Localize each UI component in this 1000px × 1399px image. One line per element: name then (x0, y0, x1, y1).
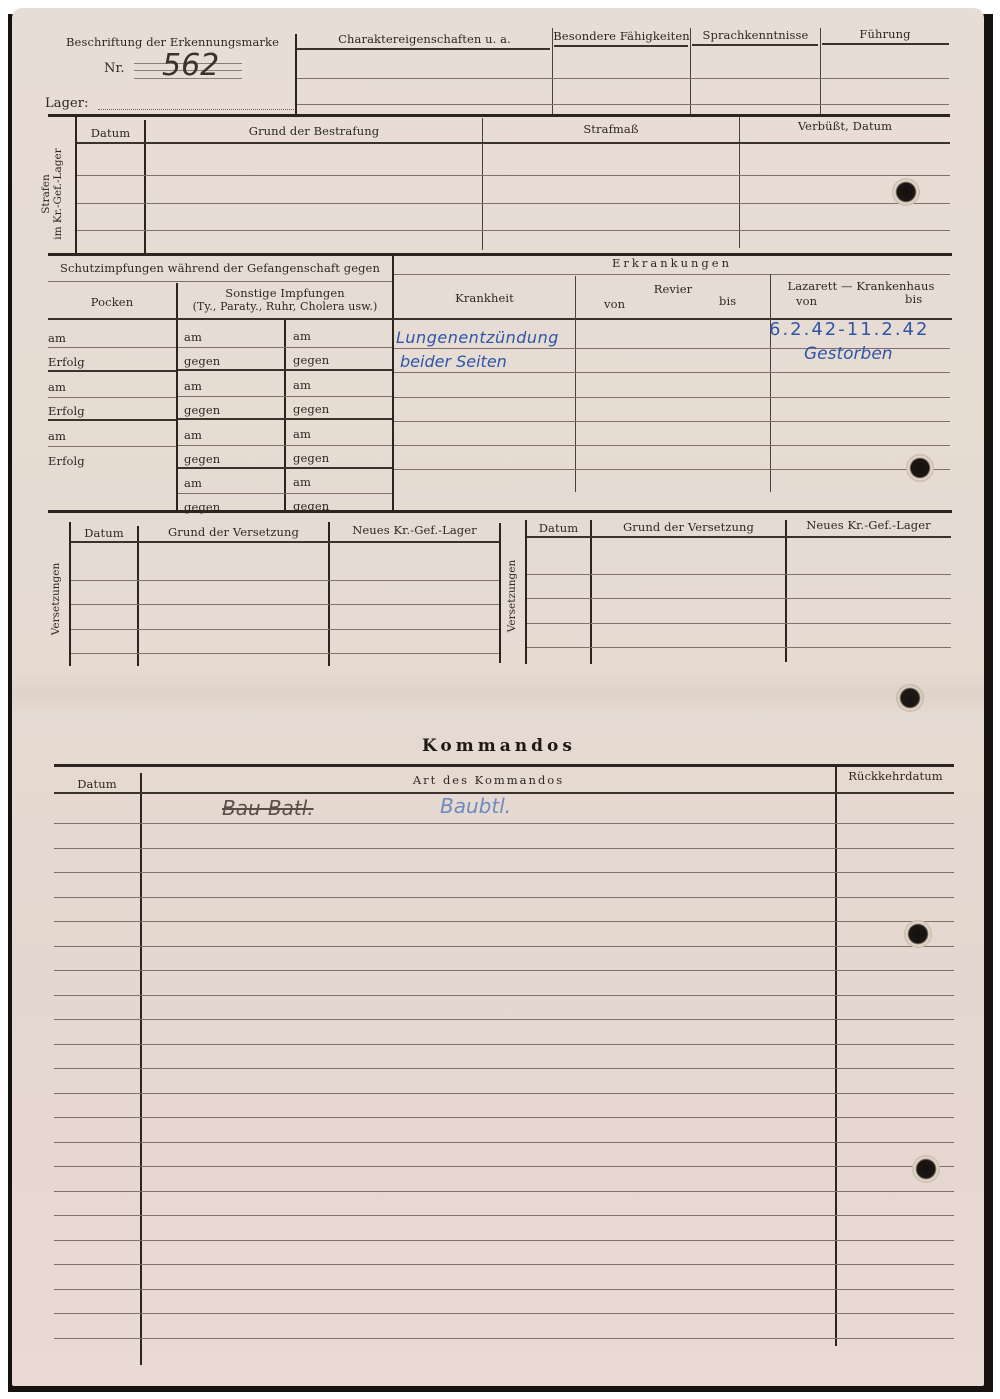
sonstige-b-am-3: am (293, 427, 311, 441)
kommando-row-line (54, 1093, 954, 1094)
rule (394, 397, 950, 398)
kommando-entry: Baubtl. (440, 794, 511, 818)
rule (394, 469, 950, 470)
lazarett-note-entry: Gestorben (804, 344, 893, 364)
rule (77, 230, 950, 231)
versetzung-left-col-datum: Datum (71, 526, 137, 540)
strafen-col-datum: Datum (77, 126, 144, 140)
rule (394, 445, 950, 446)
punch-hole (896, 684, 924, 712)
rule (48, 281, 392, 282)
pocken-erfolg-2: Erfolg (48, 404, 85, 418)
lazarett-dates-entry: 6.2.42-11.2.42 (769, 319, 929, 340)
kommando-row-line (54, 970, 954, 971)
rule (71, 604, 499, 605)
lazarett-bis: bis (905, 292, 922, 306)
col-fuehrung: Führung (821, 27, 949, 41)
col-sonstige-line2: (Ty., Paraty., Ruhr, Cholera usw.) (178, 300, 392, 314)
versetzung-left-col-lager: Neues Kr.-Gef.-Lager (330, 523, 499, 537)
krankheit-entry-line1: Lungenentzündung (396, 328, 559, 347)
lager-label: Lager: (45, 97, 89, 111)
rule (822, 43, 949, 45)
pocken-erfolg-1: Erfolg (48, 355, 85, 369)
kommandos-col-rueckkehr: Rückkehrdatum (837, 769, 954, 783)
strafen-col-verbuesst: Verbüßt, Datum (740, 119, 950, 133)
sonstige-a-am-4: am (184, 476, 202, 490)
sonstige-b-am-4: am (293, 475, 311, 489)
rule (178, 493, 392, 494)
kommando-row-line (54, 1240, 954, 1241)
kommando-row-line (54, 1338, 954, 1339)
rule (178, 347, 392, 348)
divider (770, 274, 771, 492)
divider (785, 520, 787, 662)
rule (77, 142, 950, 144)
rule (71, 580, 499, 581)
col-krankheit: Krankheit (394, 291, 575, 305)
strafen-side-label: Strafen im Kr.-Gef.-Lager (40, 138, 64, 250)
rule (77, 203, 950, 204)
lager-field[interactable] (98, 109, 294, 110)
rule (297, 104, 949, 105)
punch-hole (904, 920, 932, 948)
punch-hole (892, 178, 920, 206)
rule (692, 44, 818, 46)
versetzung-right-col-lager: Neues Kr.-Gef.-Lager (787, 518, 950, 532)
rule (178, 445, 392, 446)
rule (48, 397, 176, 398)
prisoner-record-card-back: Beschriftung der Erkennungsmarke Nr. 562… (12, 8, 984, 1386)
sonstige-b-gegen-2: gegen (293, 402, 329, 416)
rule (527, 647, 951, 648)
sonstige-b-am-2: am (293, 378, 311, 392)
rule (71, 541, 499, 543)
versetzung-right-col-datum: Datum (527, 521, 590, 535)
sonstige-b-gegen-1: gegen (293, 353, 329, 367)
divider (69, 522, 71, 666)
col-sprachen: Sprachkenntnisse (691, 28, 820, 42)
col-pocken: Pocken (48, 295, 176, 309)
versetzung-left-col-grund: Grund der Versetzung (139, 525, 328, 539)
sonstige-b-gegen-3: gegen (293, 451, 329, 465)
section-rule (54, 764, 954, 767)
divider (137, 526, 139, 666)
kommando-row-line (54, 1117, 954, 1118)
kommando-row-line (54, 1289, 954, 1290)
rule (48, 419, 176, 421)
sonstige-a-am-1: am (184, 330, 202, 344)
sonstige-a-gegen-2: gegen (184, 403, 220, 417)
kommandos-title: Kommandos (422, 736, 576, 756)
punch-hole (906, 454, 934, 482)
nr-handwritten-value: 562 (162, 48, 219, 83)
versetzungen-side-label-left: Versetzungen (50, 559, 62, 639)
rule (297, 78, 949, 79)
kommando-row-line (54, 1215, 954, 1216)
impfungen-title: Schutzimpfungen während der Gefangenscha… (48, 261, 392, 275)
divider (499, 523, 501, 663)
section-rule (48, 510, 952, 513)
section-rule (48, 114, 950, 117)
kommandos-col-art: Art des Kommandos (142, 773, 835, 787)
divider (284, 320, 286, 512)
rule (527, 623, 951, 624)
kommando-row-line (54, 1142, 954, 1143)
versetzungen-side-label-right: Versetzungen (506, 556, 518, 636)
divider (835, 766, 837, 1346)
erkrankungen-title: Erkrankungen (394, 256, 950, 270)
kommando-row-line (54, 1191, 954, 1192)
rule (178, 396, 392, 397)
rule (77, 175, 950, 176)
kommando-entry-struck: Bau-Batl. (222, 796, 314, 820)
kommando-row-line (54, 1166, 954, 1167)
col-charakter: Charaktereigenschaften u. a. (297, 32, 552, 46)
col-faehigkeiten: Besondere Fähigkeiten (553, 29, 690, 43)
kommando-row-line (54, 1264, 954, 1265)
kommando-row-line (54, 946, 954, 947)
rule (178, 418, 392, 420)
kommando-row-line (54, 1019, 954, 1020)
pocken-erfolg-3: Erfolg (48, 454, 85, 468)
strafen-col-strafmass: Strafmaß (483, 122, 739, 136)
pocken-am-2: am (48, 380, 66, 394)
sonstige-a-gegen-1: gegen (184, 354, 220, 368)
rule (297, 48, 550, 50)
kommando-row-line (54, 872, 954, 873)
kommando-row-line (54, 921, 954, 922)
rule (527, 536, 951, 538)
rule (48, 446, 176, 447)
kommando-row-line (54, 848, 954, 849)
rule (48, 370, 176, 372)
kommando-row-line (54, 823, 954, 824)
col-sonstige-line1: Sonstige Impfungen (178, 286, 392, 300)
kommando-row-line (54, 1313, 954, 1314)
versetzung-right-col-grund: Grund der Versetzung (592, 520, 785, 534)
revier-von: von (604, 297, 625, 311)
nr-label: Nr. (104, 62, 125, 76)
rule (71, 653, 499, 654)
rule (178, 467, 392, 469)
rule (394, 421, 950, 422)
divider (144, 120, 146, 254)
sonstige-b-am-1: am (293, 329, 311, 343)
sonstige-a-am-2: am (184, 379, 202, 393)
rule (394, 372, 950, 373)
krankheit-entry-line2: beider Seiten (400, 352, 507, 371)
kommando-row-line (54, 995, 954, 996)
pocken-am-3: am (48, 429, 66, 443)
revier-bis: bis (719, 294, 736, 308)
rule (48, 347, 176, 348)
sonstige-a-gegen-3: gegen (184, 452, 220, 466)
kommandos-col-datum: Datum (54, 777, 140, 791)
rule (527, 574, 951, 575)
divider (140, 773, 142, 1365)
sonstige-a-am-3: am (184, 428, 202, 442)
divider (295, 34, 297, 114)
divider (590, 520, 592, 664)
divider (739, 116, 740, 248)
punch-hole (912, 1155, 940, 1183)
rule (178, 369, 392, 371)
kommando-row-line (54, 1044, 954, 1045)
divider (328, 522, 330, 666)
kommando-row-line (54, 1068, 954, 1069)
rule (527, 598, 951, 599)
tag-label: Beschriftung der Erkennungsmarke (66, 35, 279, 49)
rule (394, 274, 950, 275)
divider (575, 276, 576, 492)
rule (554, 45, 688, 47)
kommando-row-line (54, 897, 954, 898)
col-lazarett: Lazarett — Krankenhaus (771, 279, 951, 293)
rule (71, 629, 499, 630)
strafen-label-line1: Strafen (40, 138, 52, 250)
pocken-am-1: am (48, 331, 66, 345)
strafen-col-grund: Grund der Bestrafung (146, 124, 482, 138)
divider (525, 520, 527, 664)
strafen-label-line2: im Kr.-Gef.-Lager (52, 138, 64, 250)
lazarett-von: von (796, 294, 817, 308)
col-revier: Revier (576, 282, 770, 296)
